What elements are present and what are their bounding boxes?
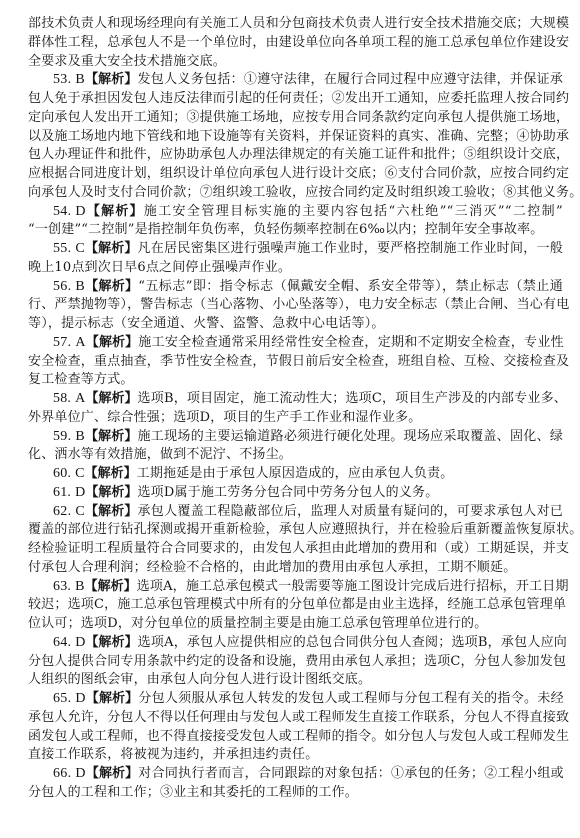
text-line: 包人办理证件和批件，应协助承包人办理法律规定的有关施工证件和批件；⑤组织设计交底… [28, 146, 563, 165]
text-line: 54.D【解析】施工安全管理目标实施的主要内容包括“六杜绝”“三消灭”“二控制” [28, 203, 563, 222]
analysis-label: 【解析】 [86, 691, 138, 706]
analysis-label: 【解析】 [85, 279, 138, 294]
analysis-text: 对合同执行者而言，合同跟踪的对象包括：①承包的任务；②工程小组或 [138, 766, 564, 781]
answer-item: 61.D【解析】选项D属于施工劳务分包合同中劳务分包人的义务。 [28, 484, 563, 503]
analysis-text: 安全检查，重点抽查，季节性安全检查，节假日前后安全检查，班组自检、互检、交接检查… [28, 354, 569, 369]
text-line: 位认可；选项D，对分包单位的质量控制主要是由施工总承包管理单位进行的。 [28, 615, 563, 634]
analysis-label: 【解析】 [85, 72, 137, 87]
analysis-text: 晚上10点到次日早6点之间停止强噪声作业。 [28, 260, 291, 275]
answer-item: 59.B【解析】施工现场的主要运输道路必须进行硬化处理。现场应采取覆盖、固化、绿… [28, 428, 563, 466]
analysis-label: 【解析】 [85, 579, 137, 594]
answer-item: 53.B【解析】发包人义务包括：①遵守法律，在履行合同过程中应遵守法律，并保证承… [28, 71, 563, 202]
text-line: 分包人的工程和工作；③业主和其委托的工程师的工作。 [28, 784, 563, 803]
answer-letter: B [75, 579, 85, 594]
analysis-text: 人组织的图纸会审，由承包人向分包人进行设计图纸交底。 [28, 672, 371, 687]
text-line: 58.A【解析】选项B，项目固定，施工流动性大；选项C，项目生产涉及的内部专业多… [28, 390, 563, 409]
analysis-text: 分包人须服从承包人转发的发包人或工程师与分包工程有关的指令。未经 [138, 691, 564, 706]
text-line: 覆盖的部位进行钻孔探测或揭开重新检验，承包人应遵照执行，并在检验后重新覆盖恢复原… [28, 521, 563, 540]
text-line: 复工检查等方式。 [28, 371, 563, 390]
analysis-text: 等），提示标志（安全通道、火警、盗警、急救中心电话等）。 [28, 316, 385, 331]
analysis-text: 选项A，施工总承包模式一般需要等施工图设计完成后进行招标，开工日期 [137, 579, 569, 594]
text-line: 付承包人合理利润；经检验不合格的，由此增加的费用由承包人承担，工期不顺延。 [28, 559, 563, 578]
answer-letter: A [75, 391, 85, 406]
analysis-text: 凡在居民密集区进行强噪声施工作业时，要严格控制施工作业时间，一般 [138, 241, 564, 256]
analysis-text: 施工安全检查通常采用经常性安全检查，定期和不定期安全检查，专业性 [138, 335, 564, 350]
analysis-label: 【解析】 [85, 391, 137, 406]
question-number: 59. [53, 429, 71, 444]
question-number: 58. [53, 391, 71, 406]
text-line: 等），提示标志（安全通道、火警、盗警、急救中心电话等）。 [28, 315, 563, 334]
analysis-text: 分包人提供合同专用条款中约定的设备和设施，费用由承包人承担；选项C，分包人参加发… [28, 654, 566, 669]
analysis-text: 选项D属于施工劳务分包合同中劳务分包人的义务。 [137, 485, 438, 500]
analysis-label: 【解析】 [86, 635, 138, 650]
answer-letter: D [75, 204, 85, 219]
text-line: 直接工作联系，将被视为违约，并承担违约责任。 [28, 746, 563, 765]
answer-item: 60.C【解析】工期拖延是由于承包人原因造成的，应由承包人负责。 [28, 465, 563, 484]
text-line: 外界单位广、综合性强；选项D，项目的生产手工作业和湿作业多。 [28, 409, 563, 428]
analysis-text: 包人办理证件和批件，应协助承包人办理法律规定的有关施工证件和批件；⑤组织设计交底… [28, 147, 569, 162]
text-line: 群体性工程，总承包人不是一个单位时，由建设单位向各单项工程的施工总承包单位作建设… [28, 34, 563, 53]
analysis-text: 直接工作联系，将被视为违约，并承担违约责任。 [28, 747, 318, 762]
answer-item: 55.C【解析】凡在居民密集区进行强噪声施工作业时，要严格控制施工作业时间，一般… [28, 240, 563, 278]
analysis-label: 【解析】 [86, 335, 138, 350]
question-number: 66. [53, 766, 71, 781]
text-line: 63.B【解析】选项A，施工总承包模式一般需要等施工图设计完成后进行招标，开工日… [28, 578, 563, 597]
text-line: “一创建”“二控制”是指控制年负伤率，负轻伤频率控制在6‰以内；控制年安全事故率… [28, 221, 563, 240]
analysis-text: “一创建”“二控制”是指控制年负伤率，负轻伤频率控制在6‰以内；控制年安全事故率… [28, 222, 544, 237]
analysis-text: 施工现场的主要运输道路必须进行硬化处理。现场应采取覆盖、固化、绿 [138, 429, 564, 444]
text-line: 分包人提供合同专用条款中约定的设备和设施，费用由承包人承担；选项C，分包人参加发… [28, 653, 563, 672]
answer-item: 65.D【解析】分包人须服从承包人转发的发包人或工程师与分包工程有关的指令。未经… [28, 690, 563, 765]
answer-letter: D [75, 635, 85, 650]
text-line: 向承包人及时支付合同价款；⑦组织竣工验收，应按合同约定及时组织竣工验收；⑧其他义… [28, 184, 563, 203]
text-line: 部技术负责人和现场经理向有关施工人员和分包商技术负责人进行安全技术措施交底；大规… [28, 15, 563, 34]
analysis-text: 选项A，承包人应提供相应的总包合同供分包人查阅；选项B，承包人应向 [138, 635, 567, 650]
text-line: 65.D【解析】分包人须服从承包人转发的发包人或工程师与分包工程有关的指令。未经 [28, 690, 563, 709]
text-line: 安全检查，重点抽查，季节性安全检查，节假日前后安全检查，班组自检、互检、交接检查… [28, 353, 563, 372]
question-number: 64. [53, 635, 71, 650]
text-line: 函发包人或工程师，也不得直接接受发包人或工程师的指令。如分包人与发包人或工程师发… [28, 728, 563, 747]
analysis-label: 【解析】 [86, 204, 144, 219]
analysis-text: 定向承包人发出开工通知；③提供施工场地，应按专用合同条款约定向承包人提供施工场地… [28, 110, 569, 125]
answer-item: 58.A【解析】选项B，项目固定，施工流动性大；选项C，项目生产涉及的内部专业多… [28, 390, 563, 428]
text-line: 定向承包人发出开工通知；③提供施工场地，应按专用合同条款约定向承包人提供施工场地… [28, 109, 563, 128]
analysis-text: 部技术负责人和现场经理向有关施工人员和分包商技术负责人进行安全技术措施交底；大规… [28, 16, 569, 31]
answer-letter: A [75, 335, 85, 350]
text-line: 应根据合同进度计划，组织设计单位向承包人进行设计交底；⑥支付合同价款，应按合同约… [28, 165, 563, 184]
answer-letter: C [75, 241, 85, 256]
analysis-text: 选项B，项目固定，施工流动性大；选项C，项目生产涉及的内部专业多、 [138, 391, 567, 406]
analysis-text: 化、洒水等有效措施，做到不泥泞、不扬尘。 [28, 447, 292, 462]
question-number: 56. [53, 279, 71, 294]
analysis-text: 位认可；选项D，对分包单位的质量控制主要是由施工总承包管理单位进行的。 [28, 616, 487, 631]
analysis-text: 发包人义务包括：①遵守法律，在履行合同过程中应遵守法律，并保证承 [138, 72, 564, 87]
text-line: 承包人允许，分包人不得以任何理由与发包人或工程师发生直接工作联系，分包人不得直接… [28, 709, 563, 728]
question-number: 54. [53, 204, 71, 219]
question-number: 53. [53, 72, 71, 87]
analysis-text: 外界单位广、综合性强；选项D，项目的生产手工作业和湿作业多。 [28, 410, 421, 425]
answer-letter: C [75, 504, 85, 519]
analysis-text: 以及施工场地内地下管线和地下设施等有关资料，并保证资料的真实、准确、完整；④协助… [28, 129, 569, 144]
analysis-text: 分包人的工程和工作；③业主和其委托的工程师的工作。 [28, 785, 358, 800]
answer-letter: D [75, 485, 85, 500]
analysis-text: 付承包人合理利润；经检验不合格的，由此增加的费用由承包人承担，工期不顺延。 [28, 560, 516, 575]
analysis-text: 行、严禁抛物等），警告标志（当心落物、小心坠落等），电力安全标志（禁止合闸、当心… [28, 297, 569, 312]
analysis-label: 【解析】 [85, 429, 137, 444]
analysis-text: 较迟；选项C，施工总承包管理模式中所有的分包单位都是由业主选择，经施工总承包管理… [28, 597, 566, 612]
answer-item: 56.B【解析】“五标志”即：指令标志（佩戴安全帽、系安全带等），禁止标志（禁止… [28, 278, 563, 334]
answer-item: 66.D【解析】对合同执行者而言，合同跟踪的对象包括：①承包的任务；②工程小组或… [28, 765, 563, 803]
answer-item: 64.D【解析】选项A，承包人应提供相应的总包合同供分包人查阅；选项B，承包人应… [28, 634, 563, 690]
text-line: 行、严禁抛物等），警告标志（当心落物、小心坠落等），电力安全标志（禁止合闸、当心… [28, 296, 563, 315]
question-number: 61. [53, 485, 71, 500]
analysis-text: 群体性工程，总承包人不是一个单位时，由建设单位向各单项工程的施工总承包单位作建设… [28, 35, 569, 50]
analysis-label: 【解析】 [85, 504, 137, 519]
answer-letter: B [75, 72, 85, 87]
answer-item: 63.B【解析】选项A，施工总承包模式一般需要等施工图设计完成后进行招标，开工日… [28, 578, 563, 634]
answer-letter: B [75, 279, 85, 294]
text-line: 以及施工场地内地下管线和地下设施等有关资料，并保证资料的真实、准确、完整；④协助… [28, 128, 563, 147]
question-number: 60. [53, 466, 71, 481]
analysis-label: 【解析】 [86, 766, 138, 781]
text-line: 64.D【解析】选项A，承包人应提供相应的总包合同供分包人查阅；选项B，承包人应… [28, 634, 563, 653]
text-line: 全要求及重大安全技术措施交底。 [28, 53, 563, 72]
text-line: 较迟；选项C，施工总承包管理模式中所有的分包单位都是由业主选择，经施工总承包管理… [28, 596, 563, 615]
answer-explanations-page: 部技术负责人和现场经理向有关施工人员和分包商技术负责人进行安全技术措施交底；大规… [28, 15, 563, 803]
question-number: 65. [53, 691, 71, 706]
analysis-text: 承包人覆盖工程隐蔽部位后，监理人对质量有疑问的，可要求承包人对已 [138, 504, 564, 519]
analysis-text: 全要求及重大安全技术措施交底。 [28, 54, 226, 69]
answer-letter: D [75, 766, 85, 781]
text-line: 56.B【解析】“五标志”即：指令标志（佩戴安全帽、系安全带等），禁止标志（禁止… [28, 278, 563, 297]
analysis-text: 覆盖的部位进行钻孔探测或揭开重新检验，承包人应遵照执行，并在检验后重新覆盖恢复原… [28, 522, 580, 537]
answer-item: 57.A【解析】施工安全检查通常采用经常性安全检查，定期和不定期安全检查，专业性… [28, 334, 563, 390]
text-line: 66.D【解析】对合同执行者而言，合同跟踪的对象包括：①承包的任务；②工程小组或 [28, 765, 563, 784]
text-line: 57.A【解析】施工安全检查通常采用经常性安全检查，定期和不定期安全检查，专业性 [28, 334, 563, 353]
analysis-text: 包人免于承担因发包人违反法律而引起的任何责任；②发出开工通知，应委托监理人按合同… [28, 91, 569, 106]
text-line: 晚上10点到次日早6点之间停止强噪声作业。 [28, 259, 563, 278]
analysis-text: 工期拖延是由于承包人原因造成的，应由承包人负责。 [137, 466, 454, 481]
analysis-text: 应根据合同进度计划，组织设计单位向承包人进行设计交底；⑥支付合同价款，应按合同约… [28, 166, 569, 181]
answer-letter: C [75, 466, 85, 481]
analysis-label: 【解析】 [85, 485, 137, 500]
answer-letter: B [75, 429, 85, 444]
text-line: 人组织的图纸会审，由承包人向分包人进行设计图纸交底。 [28, 671, 563, 690]
text-line: 经检验证明工程质量符合合同要求的，由发包人承担由此增加的费用和（或）工期延误，并… [28, 540, 563, 559]
analysis-text: 函发包人或工程师，也不得直接接受发包人或工程师的指令。如分包人与发包人或工程师发… [28, 729, 569, 744]
text-line: 59.B【解析】施工现场的主要运输道路必须进行硬化处理。现场应采取覆盖、固化、绿 [28, 428, 563, 447]
analysis-text: 向承包人及时支付合同价款；⑦组织竣工验收，应按合同约定及时组织竣工验收；⑧其他义… [28, 185, 580, 200]
text-line: 化、洒水等有效措施，做到不泥泞、不扬尘。 [28, 446, 563, 465]
analysis-text: 复工检查等方式。 [28, 372, 134, 387]
intro-paragraph: 部技术负责人和现场经理向有关施工人员和分包商技术负责人进行安全技术措施交底；大规… [28, 15, 563, 71]
question-number: 57. [53, 335, 71, 350]
text-line: 53.B【解析】发包人义务包括：①遵守法律，在履行合同过程中应遵守法律，并保证承 [28, 71, 563, 90]
analysis-label: 【解析】 [85, 466, 137, 481]
answer-letter: D [75, 691, 85, 706]
analysis-label: 【解析】 [85, 241, 137, 256]
question-number: 63. [53, 579, 71, 594]
analysis-text: “五标志”即：指令标志（佩戴安全帽、系安全带等），禁止标志（禁止通 [138, 279, 563, 294]
answer-item: 62.C【解析】承包人覆盖工程隐蔽部位后，监理人对质量有疑问的，可要求承包人对已… [28, 503, 563, 578]
question-number: 55. [53, 241, 71, 256]
question-number: 62. [53, 504, 71, 519]
analysis-text: 施工安全管理目标实施的主要内容包括“六杜绝”“三消灭”“二控制” [144, 204, 563, 219]
analysis-text: 承包人允许，分包人不得以任何理由与发包人或工程师发生直接工作联系，分包人不得直接… [28, 710, 569, 725]
text-line: 61.D【解析】选项D属于施工劳务分包合同中劳务分包人的义务。 [28, 484, 563, 503]
text-line: 62.C【解析】承包人覆盖工程隐蔽部位后，监理人对质量有疑问的，可要求承包人对已 [28, 503, 563, 522]
analysis-text: 经检验证明工程质量符合合同要求的，由发包人承担由此增加的费用和（或）工期延误，并… [28, 541, 569, 556]
answer-item: 54.D【解析】施工安全管理目标实施的主要内容包括“六杜绝”“三消灭”“二控制”… [28, 203, 563, 241]
text-line: 60.C【解析】工期拖延是由于承包人原因造成的，应由承包人负责。 [28, 465, 563, 484]
text-line: 包人免于承担因发包人违反法律而引起的任何责任；②发出开工通知，应委托监理人按合同… [28, 90, 563, 109]
text-line: 55.C【解析】凡在居民密集区进行强噪声施工作业时，要严格控制施工作业时间，一般 [28, 240, 563, 259]
